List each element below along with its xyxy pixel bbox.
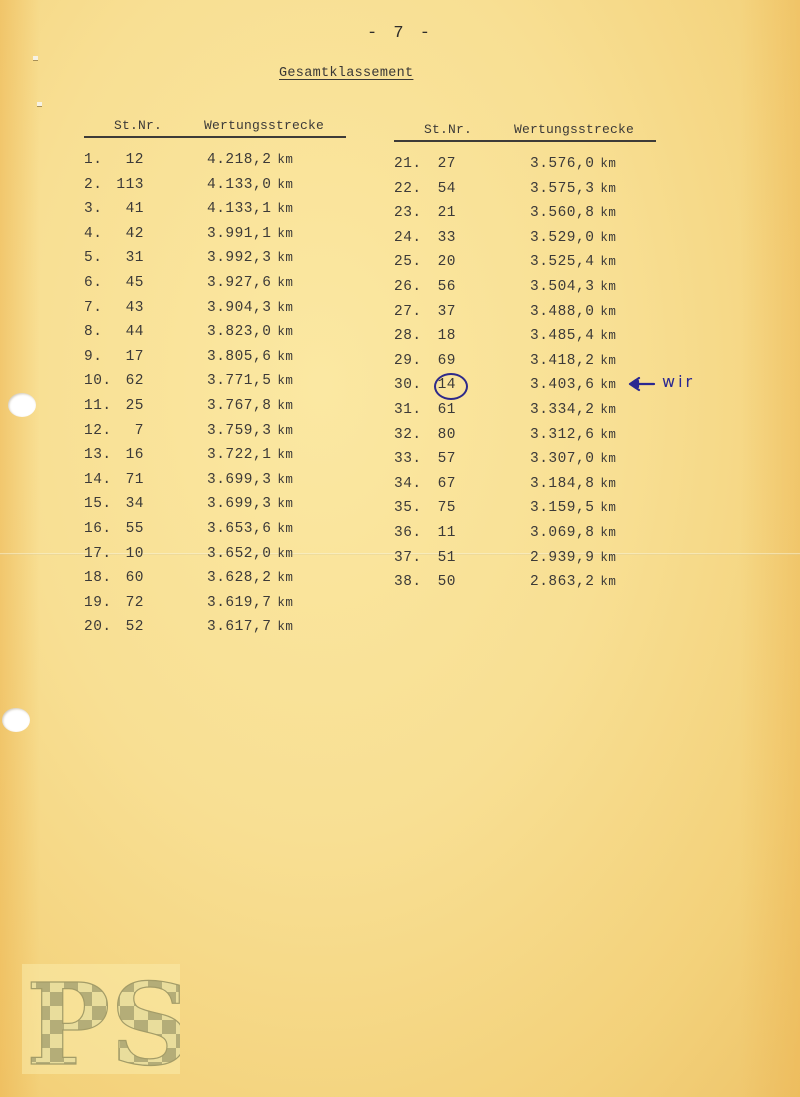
result-row: 11.253.767,8km [84,398,346,423]
distance-number: 3.653,6 [207,521,271,537]
distance-unit: km [277,301,293,315]
distance-value: 2.863,2km [530,574,616,590]
distance-unit: km [277,178,293,192]
results-table-left: St.Nr. Wertungsstrecke 1.124.218,2km2.11… [84,118,346,644]
table-header: St.Nr. Wertungsstrecke [84,118,346,138]
start-number: 75 [420,500,456,516]
start-number: 37 [420,304,456,320]
distance-value: 3.488,0km [530,304,616,320]
distance-number: 4.133,0 [207,177,271,193]
distance-unit: km [600,551,616,565]
start-number: 62 [108,373,144,389]
start-number: 7 [108,423,144,439]
distance-value: 3.992,3km [207,250,293,266]
start-number: 27 [420,156,456,172]
distance-unit: km [277,473,293,487]
distance-number: 3.904,3 [207,300,271,316]
distance-unit: km [277,325,293,339]
distance-value: 3.529,0km [530,230,616,246]
handwritten-note-text: wir [662,372,695,391]
start-number: 55 [108,521,144,537]
start-number: 41 [108,201,144,217]
distance-value: 3.759,3km [207,423,293,439]
distance-unit: km [277,374,293,388]
result-row: 19.723.619,7km [84,595,346,620]
distance-value: 4.218,2km [207,152,293,168]
result-row: 38.502.863,2km [394,574,656,599]
result-row: 15.343.699,3km [84,496,346,521]
result-row: 27.373.488,0km [394,304,656,329]
result-row: 37.512.939,9km [394,550,656,575]
distance-number: 3.722,1 [207,447,271,463]
distance-number: 3.699,3 [207,496,271,512]
result-row: 30.143.403,6km [394,377,656,402]
result-row: 28.183.485,4km [394,328,656,353]
distance-number: 3.069,8 [530,525,594,541]
header-distance: Wertungsstrecke [514,122,634,137]
distance-value: 3.771,5km [207,373,293,389]
start-number: 44 [108,324,144,340]
distance-value: 3.699,3km [207,496,293,512]
start-number: 69 [420,353,456,369]
distance-value: 3.576,0km [530,156,616,172]
header-distance: Wertungsstrecke [204,118,324,133]
start-number: 20 [420,254,456,270]
distance-value: 3.560,8km [530,205,616,221]
distance-unit: km [600,403,616,417]
start-number: 60 [108,570,144,586]
distance-unit: km [277,596,293,610]
start-number: 34 [108,496,144,512]
distance-unit: km [600,501,616,515]
distance-value: 3.699,3km [207,472,293,488]
distance-unit: km [600,182,616,196]
start-number: 72 [108,595,144,611]
distance-number: 3.575,3 [530,181,594,197]
result-row: 14.713.699,3km [84,472,346,497]
distance-value: 3.904,3km [207,300,293,316]
svg-text:PS: PS [26,964,180,1074]
distance-unit: km [277,497,293,511]
start-number: 52 [108,619,144,635]
start-number: 67 [420,476,456,492]
distance-number: 2.863,2 [530,574,594,590]
start-number: 31 [108,250,144,266]
result-row: 12.73.759,3km [84,423,346,448]
start-number: 45 [108,275,144,291]
distance-number: 3.991,1 [207,226,271,242]
paper-edge-shading-left [0,0,40,1097]
start-number: 16 [108,447,144,463]
distance-value: 3.418,2km [530,353,616,369]
result-row: 16.553.653,6km [84,521,346,546]
result-row: 13.163.722,1km [84,447,346,472]
distance-value: 3.927,6km [207,275,293,291]
header-start-number: St.Nr. [424,122,472,137]
distance-number: 3.823,0 [207,324,271,340]
distance-unit: km [600,452,616,466]
distance-value: 3.403,6km [530,377,616,393]
paper-edge-shading-right [740,0,800,1097]
start-number: 54 [420,181,456,197]
ps-logo-icon: PS [22,964,180,1074]
results-list-left: 1.124.218,2km2.1134.133,0km3.414.133,1km… [84,152,346,644]
distance-number: 3.576,0 [530,156,594,172]
result-row: 24.333.529,0km [394,230,656,255]
distance-number: 3.403,6 [530,377,594,393]
punch-hole [2,708,30,732]
distance-number: 3.560,8 [530,205,594,221]
start-number: 43 [108,300,144,316]
distance-number: 4.218,2 [207,152,271,168]
distance-value: 3.823,0km [207,324,293,340]
distance-unit: km [277,276,293,290]
distance-unit: km [277,350,293,364]
start-number: 21 [420,205,456,221]
result-row: 18.603.628,2km [84,570,346,595]
result-row: 3.414.133,1km [84,201,346,226]
distance-number: 4.133,1 [207,201,271,217]
distance-number: 3.767,8 [207,398,271,414]
distance-number: 3.619,7 [207,595,271,611]
distance-unit: km [600,231,616,245]
distance-value: 3.617,7km [207,619,293,635]
distance-number: 3.652,0 [207,546,271,562]
distance-number: 3.334,2 [530,402,594,418]
distance-unit: km [277,153,293,167]
start-number: 56 [420,279,456,295]
distance-unit: km [600,206,616,220]
distance-value: 3.069,8km [530,525,616,541]
distance-unit: km [277,620,293,634]
watermark-logo: PS [22,964,180,1074]
distance-unit: km [600,329,616,343]
distance-number: 3.759,3 [207,423,271,439]
result-row: 26.563.504,3km [394,279,656,304]
start-number: 10 [108,546,144,562]
distance-number: 3.488,0 [530,304,594,320]
distance-number: 3.312,6 [530,427,594,443]
distance-value: 3.628,2km [207,570,293,586]
distance-value: 3.184,8km [530,476,616,492]
result-row: 35.753.159,5km [394,500,656,525]
result-row: 23.213.560,8km [394,205,656,230]
distance-unit: km [600,280,616,294]
start-number: 33 [420,230,456,246]
result-row: 5.313.992,3km [84,250,346,275]
distance-unit: km [277,202,293,216]
distance-unit: km [277,227,293,241]
punch-hole [8,393,36,417]
distance-value: 3.575,3km [530,181,616,197]
distance-number: 3.418,2 [530,353,594,369]
distance-number: 3.485,4 [530,328,594,344]
staple-mark [33,56,38,61]
result-row: 4.423.991,1km [84,226,346,251]
distance-value: 3.722,1km [207,447,293,463]
result-row: 1.124.218,2km [84,152,346,177]
distance-value: 3.159,5km [530,500,616,516]
result-row: 9.173.805,6km [84,349,346,374]
distance-unit: km [277,547,293,561]
start-number: 42 [108,226,144,242]
start-number: 51 [420,550,456,566]
handwritten-circle-mark [434,373,468,400]
result-row: 2.1134.133,0km [84,177,346,202]
start-number: 113 [108,177,144,193]
distance-unit: km [600,305,616,319]
distance-value: 3.485,4km [530,328,616,344]
results-table-right: St.Nr. Wertungsstrecke 21.273.576,0km22.… [394,122,656,599]
result-row: 8.443.823,0km [84,324,346,349]
distance-value: 3.307,0km [530,451,616,467]
start-number: 18 [420,328,456,344]
distance-number: 3.805,6 [207,349,271,365]
result-row: 21.273.576,0km [394,156,656,181]
result-row: 25.203.525,4km [394,254,656,279]
distance-number: 3.617,7 [207,619,271,635]
distance-number: 3.628,2 [207,570,271,586]
start-number: 71 [108,472,144,488]
distance-value: 3.652,0km [207,546,293,562]
result-row: 33.573.307,0km [394,451,656,476]
distance-unit: km [277,448,293,462]
distance-value: 4.133,0km [207,177,293,193]
result-row: 34.673.184,8km [394,476,656,501]
distance-number: 3.529,0 [530,230,594,246]
distance-value: 3.525,4km [530,254,616,270]
distance-value: 3.312,6km [530,427,616,443]
distance-number: 3.307,0 [530,451,594,467]
start-number: 25 [108,398,144,414]
start-number: 12 [108,152,144,168]
distance-value: 3.334,2km [530,402,616,418]
distance-value: 3.805,6km [207,349,293,365]
document-title: Gesamtklassement [279,66,413,81]
distance-value: 4.133,1km [207,201,293,217]
distance-number: 3.992,3 [207,250,271,266]
result-row: 29.693.418,2km [394,353,656,378]
distance-number: 3.504,3 [530,279,594,295]
distance-number: 3.525,4 [530,254,594,270]
result-row: 6.453.927,6km [84,275,346,300]
distance-unit: km [277,571,293,585]
result-row: 32.803.312,6km [394,427,656,452]
distance-unit: km [277,424,293,438]
start-number: 11 [420,525,456,541]
result-row: 31.613.334,2km [394,402,656,427]
distance-unit: km [600,526,616,540]
result-row: 17.103.652,0km [84,546,346,571]
start-number: 61 [420,402,456,418]
distance-number: 3.184,8 [530,476,594,492]
distance-unit: km [600,157,616,171]
distance-value: 3.767,8km [207,398,293,414]
start-number: 80 [420,427,456,443]
result-row: 22.543.575,3km [394,181,656,206]
distance-number: 3.159,5 [530,500,594,516]
distance-value: 3.619,7km [207,595,293,611]
result-row: 10.623.771,5km [84,373,346,398]
distance-number: 3.699,3 [207,472,271,488]
handwritten-arrow-icon [626,375,656,393]
result-row: 7.433.904,3km [84,300,346,325]
distance-number: 2.939,9 [530,550,594,566]
distance-unit: km [277,251,293,265]
result-row: 36.113.069,8km [394,525,656,550]
distance-unit: km [600,428,616,442]
start-number: 50 [420,574,456,590]
distance-unit: km [600,255,616,269]
result-row: 20.523.617,7km [84,619,346,644]
distance-unit: km [600,575,616,589]
distance-value: 3.504,3km [530,279,616,295]
distance-value: 3.653,6km [207,521,293,537]
start-number: 17 [108,349,144,365]
distance-value: 3.991,1km [207,226,293,242]
distance-unit: km [277,522,293,536]
staple-mark [37,102,42,107]
distance-number: 3.927,6 [207,275,271,291]
distance-value: 2.939,9km [530,550,616,566]
distance-unit: km [600,354,616,368]
distance-unit: km [600,477,616,491]
results-list-right: 21.273.576,0km22.543.575,3km23.213.560,8… [394,156,656,599]
start-number: 57 [420,451,456,467]
table-header: St.Nr. Wertungsstrecke [394,122,656,142]
distance-unit: km [277,399,293,413]
distance-unit: km [600,378,616,392]
header-start-number: St.Nr. [114,118,162,133]
distance-number: 3.771,5 [207,373,271,389]
page-number: - 7 - [0,24,800,43]
